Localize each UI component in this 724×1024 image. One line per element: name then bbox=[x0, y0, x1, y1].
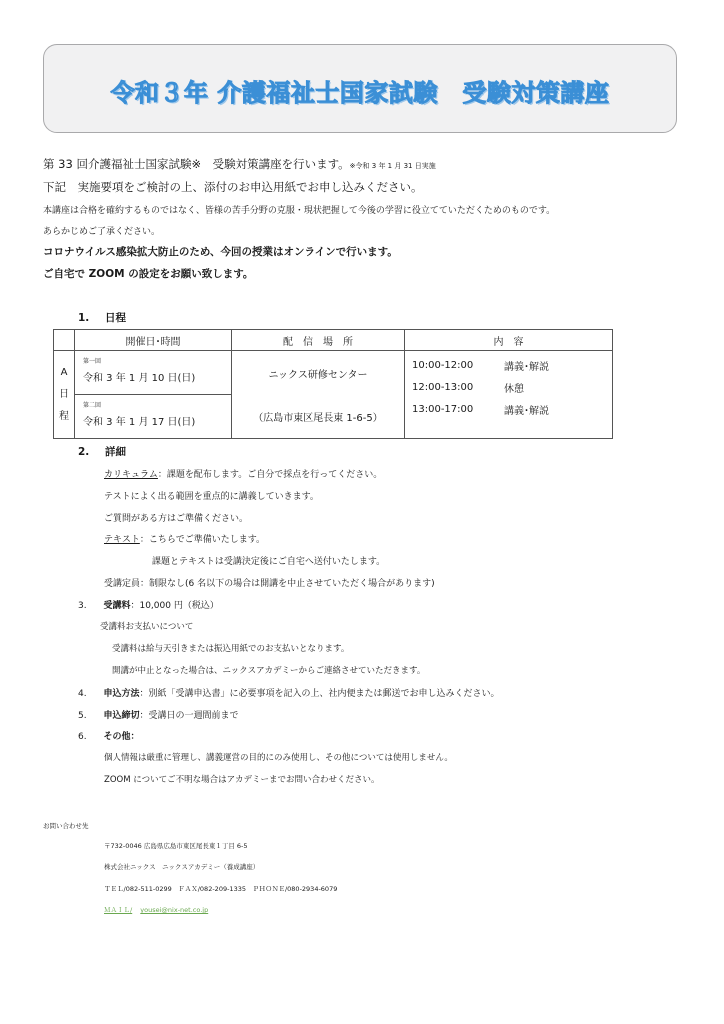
section-2-number: 2. bbox=[78, 446, 89, 458]
schedule-table: 開催日･時間 配 信 場 所 内 容 A 日 程 第一回 令和 3 年 1 月 … bbox=[53, 329, 613, 439]
intro-line-3: 本講座は合格を確約するものではなく、皆様の苦手分野の克服・現状把握して今後の学習… bbox=[43, 203, 555, 216]
contact-mail-row: ＭＡＩＬ/ yousei@nix-net.co.jp bbox=[104, 905, 208, 914]
curriculum-line-2: テストによく出る範囲を重点的に講義していきます。 bbox=[104, 489, 319, 502]
document-title: 令和３年 介護福祉士国家試験 受験対策講座 bbox=[44, 73, 676, 108]
content-row-1: 10:00-12:00 講義･解説 bbox=[412, 354, 612, 376]
mail-link[interactable]: yousei@nix-net.co.jp bbox=[140, 906, 208, 914]
privacy-line: 個人情報は厳重に管理し、講義運営の目的にのみ使用し、その他については使用しません… bbox=[104, 751, 453, 763]
place-name: ニックス研修センター bbox=[232, 366, 404, 381]
section-3-heading: 3. 受講料：10,000 円（税込） bbox=[78, 598, 219, 611]
table-header-place: 配 信 場 所 bbox=[232, 330, 405, 351]
mail-label[interactable]: ＭＡＩＬ/ bbox=[104, 906, 132, 914]
session-2-date: 令和 3 年 1 月 17 日(日) bbox=[83, 411, 231, 435]
table-header-content: 内 容 bbox=[405, 330, 613, 351]
section-3-value: ：10,000 円（税込） bbox=[130, 601, 218, 611]
curriculum-label: カリキュラム bbox=[104, 470, 158, 480]
zoom-notice: ご自宅で ZOOM の設定をお願い致します。 bbox=[43, 266, 253, 281]
place-address: （広島市東区尾長東 1-6-5） bbox=[232, 409, 404, 424]
section-6-title: その他 bbox=[103, 732, 130, 742]
section-4-line: 4. 申込方法：別紙「受講申込書」に必要事項を記入の上、社内便または郵送でお申し… bbox=[78, 686, 500, 699]
section-3-title: 受講料 bbox=[103, 601, 130, 611]
intro-line-2: 下記 実施要項をご検討の上、添付のお申込用紙でお申し込みください。 bbox=[43, 179, 423, 195]
session-2-cell: 第二回 令和 3 年 1 月 17 日(日) bbox=[75, 395, 232, 439]
section-5-line: 5. 申込締切：受講日の一週間前まで bbox=[78, 708, 239, 721]
online-notice: コロナウイルス感染拡大防止のため、今回の授業はオンラインで行います。 bbox=[43, 244, 398, 259]
table-header-row: 開催日･時間 配 信 場 所 内 容 bbox=[54, 330, 613, 351]
zoom-inquiry-line: ZOOM についてご不明な場合はアカデミーまでお問い合わせください。 bbox=[104, 773, 380, 785]
payment-line-1: 受講料は給与天引きまたは振込用紙でのお支払いとなります。 bbox=[112, 642, 349, 654]
contact-heading: お問い合わせ先 bbox=[43, 821, 89, 830]
section-4-number: 4. bbox=[78, 689, 87, 699]
intro-line-1-note: ※令和 3 年 1 月 31 日実施 bbox=[350, 162, 436, 170]
section-6-value: ： bbox=[130, 732, 139, 742]
content-time: 13:00-17:00 bbox=[412, 404, 504, 415]
text-text: ：こちらでご準備いたします。 bbox=[140, 535, 265, 545]
content-time: 12:00-13:00 bbox=[412, 382, 504, 393]
content-time: 10:00-12:00 bbox=[412, 360, 504, 371]
intro-line-1-main: 第 33 回介護福祉士国家試験※ 受験対策講座を行います。 bbox=[43, 157, 350, 171]
payment-line-2: 開講が中止となった場合は、ニックスアカデミーからご連絡させていただきます。 bbox=[112, 664, 425, 676]
table-header-blank bbox=[54, 330, 75, 351]
text-line: テキスト：こちらでご準備いたします。 bbox=[104, 532, 265, 545]
section-1-number: 1. bbox=[78, 312, 89, 324]
row-label-a-schedule: A 日 程 bbox=[54, 351, 75, 439]
contact-company: 株式会社ニックス ニックスアカデミー（養成講座） bbox=[104, 862, 259, 871]
table-row: A 日 程 第一回 令和 3 年 1 月 10 日(日) ニックス研修センター … bbox=[54, 351, 613, 395]
content-cell: 10:00-12:00 講義･解説 12:00-13:00 休憩 13:00-1… bbox=[405, 351, 613, 439]
section-2-title: 詳細 bbox=[105, 446, 126, 458]
section-6-line: 6. その他： bbox=[78, 729, 140, 742]
title-banner: 令和３年 介護福祉士国家試験 受験対策講座 bbox=[43, 44, 677, 133]
content-item: 講義･解説 bbox=[504, 358, 549, 373]
section-1-title: 日程 bbox=[105, 312, 126, 324]
content-row-2: 12:00-13:00 休憩 bbox=[412, 376, 612, 398]
contact-phones: ＴＥＬ/082-511-0299 ＦＡＸ/082-209-1335 ＰＨＯＮＥ/… bbox=[104, 884, 337, 893]
intro-line-1: 第 33 回介護福祉士国家試験※ 受験対策講座を行います。※令和 3 年 1 月… bbox=[43, 156, 436, 172]
text-line-2: 課題とテキストは受講決定後にご自宅へ送付いたします。 bbox=[152, 554, 385, 567]
curriculum-text: ：課題を配布します。ご自分で採点を行ってください。 bbox=[158, 470, 382, 480]
place-cell: ニックス研修センター （広島市東区尾長東 1-6-5） bbox=[232, 351, 405, 439]
section-1-heading: 1. 日程 bbox=[78, 310, 126, 325]
session-2-label: 第二回 bbox=[83, 401, 231, 411]
session-1-cell: 第一回 令和 3 年 1 月 10 日(日) bbox=[75, 351, 232, 395]
section-5-title: 申込締切 bbox=[103, 711, 139, 721]
table-header-date: 開催日･時間 bbox=[75, 330, 232, 351]
capacity-line: 受講定員：制限なし(6 名以下の場合は開講を中止させていただく場合があります) bbox=[104, 576, 435, 589]
payment-subheading: 受講料お支払いについて bbox=[100, 620, 193, 632]
section-5-number: 5. bbox=[78, 711, 87, 721]
section-4-value: ：別紙「受講申込書」に必要事項を記入の上、社内便または郵送でお申し込みください。 bbox=[139, 689, 499, 699]
section-3-number: 3. bbox=[78, 601, 87, 611]
text-label: テキスト bbox=[104, 535, 140, 545]
curriculum-line: カリキュラム：課題を配布します。ご自分で採点を行ってください。 bbox=[104, 467, 382, 480]
section-4-title: 申込方法 bbox=[103, 689, 139, 699]
content-row-3: 13:00-17:00 講義･解説 bbox=[412, 398, 612, 420]
session-1-label: 第一回 bbox=[83, 357, 231, 367]
session-1-date: 令和 3 年 1 月 10 日(日) bbox=[83, 367, 231, 391]
row-label-char: A bbox=[54, 362, 74, 384]
section-6-number: 6. bbox=[78, 732, 87, 742]
section-2-heading: 2. 詳細 bbox=[78, 444, 126, 459]
content-item: 講義･解説 bbox=[504, 402, 549, 417]
intro-line-4: あらかじめご了承ください。 bbox=[43, 224, 160, 237]
row-label-char: 程 bbox=[54, 406, 74, 428]
section-5-value: ：受講日の一週間前まで bbox=[139, 711, 238, 721]
content-item: 休憩 bbox=[504, 380, 524, 395]
row-label-char: 日 bbox=[54, 384, 74, 406]
curriculum-line-3: ご質問がある方はご準備ください。 bbox=[104, 511, 248, 524]
contact-address: 〒732-0046 広島県広島市東区尾長東１丁目 6-5 bbox=[104, 841, 248, 850]
